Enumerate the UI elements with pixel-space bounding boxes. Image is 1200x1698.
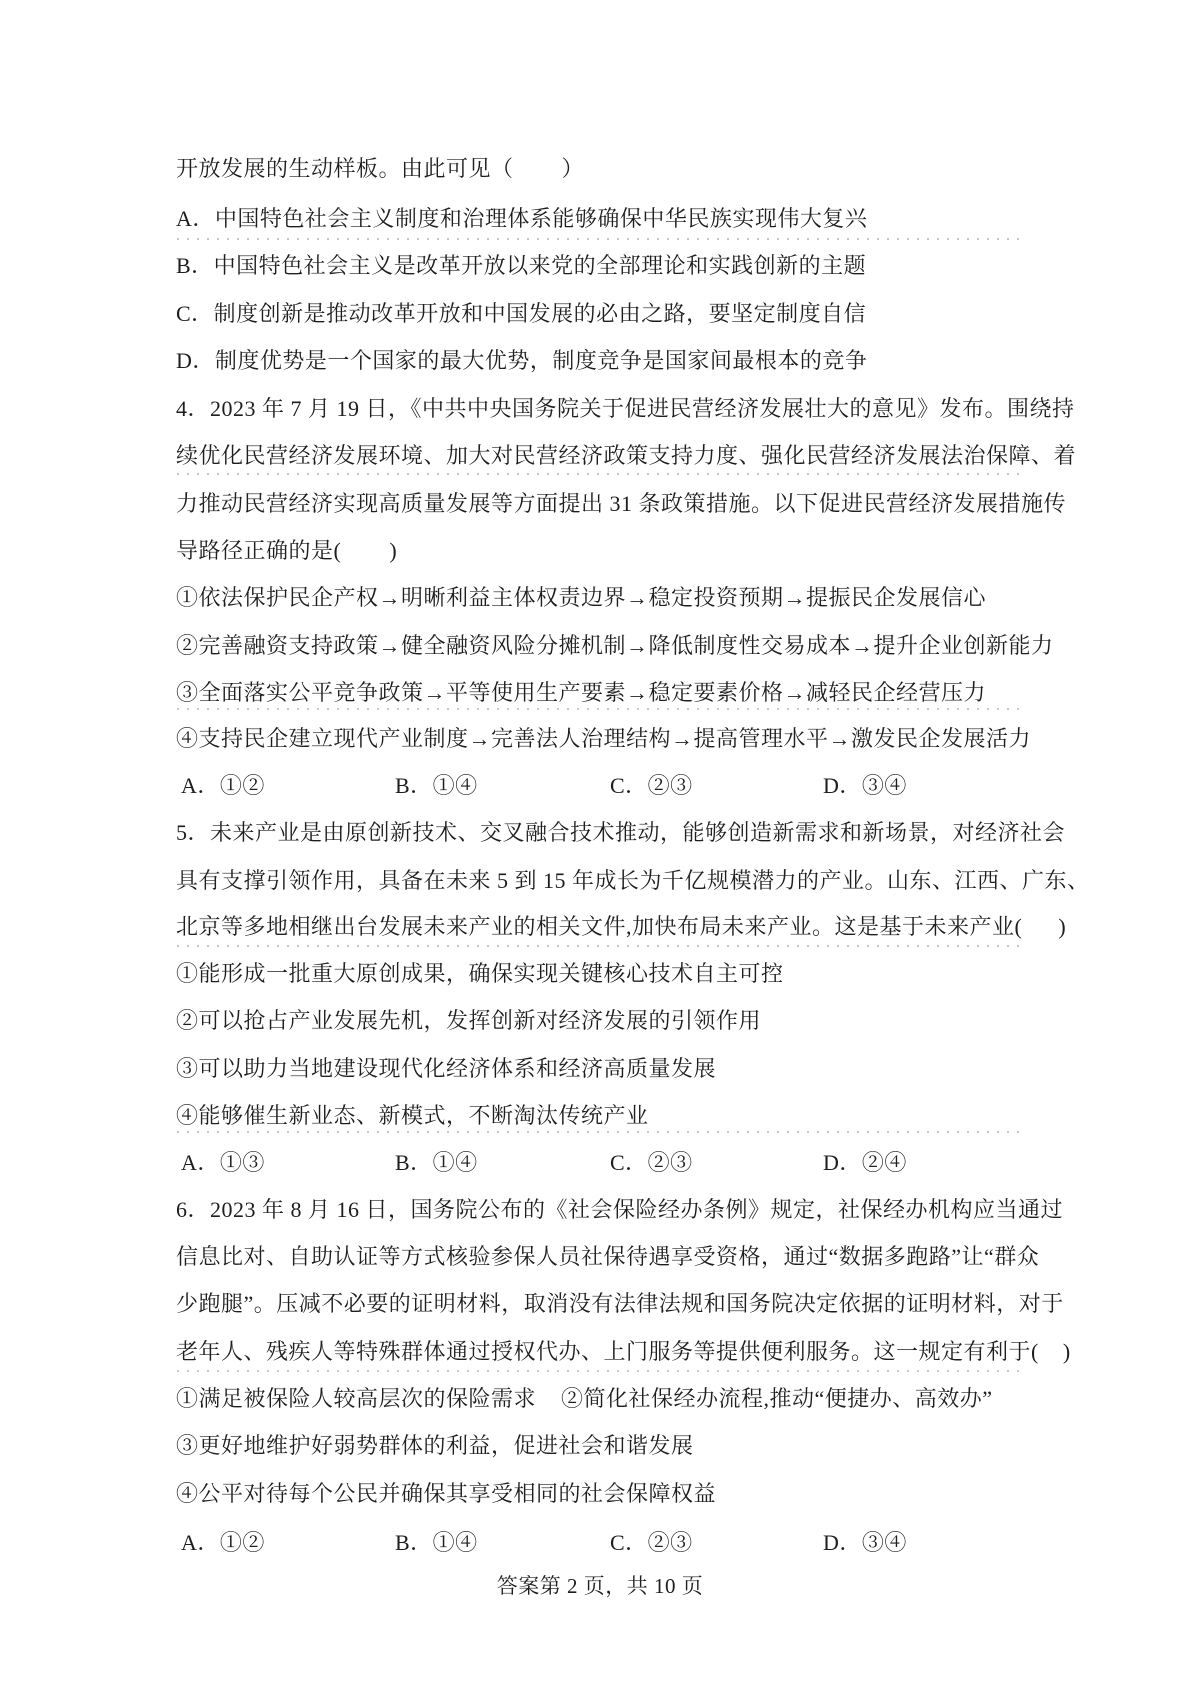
q5-choice-c: C．②③ (610, 1148, 693, 1178)
dotted-separator (177, 1370, 1020, 1372)
q3-option-c: C．制度创新是推动改革开放和中国发展的必由之路，要坚定制度自信 (176, 299, 866, 329)
q6-item-4: ④公平对待每个公民并确保其享受相同的社会保障权益 (176, 1479, 716, 1509)
q6-item-3: ③更好地维护好弱势群体的利益，促进社会和谐发展 (176, 1431, 694, 1461)
q4-item-1: ①依法保护民企产权→明晰利益主体权责边界→稳定投资预期→提振民企发展信心 (176, 583, 986, 613)
q4-stem-line-3: 力推动民营经济实现高质量发展等方面提出 31 条政策措施。以下促进民营经济发展措… (176, 489, 1066, 519)
dotted-separator (177, 1131, 1020, 1133)
q6-stem-line-2: 信息比对、自助认证等方式核验参保人员社保待遇享受资格，通过“数据多跑路”让“群众 (176, 1242, 1039, 1272)
dotted-separator (177, 708, 1020, 710)
q5-item-4: ④能够催生新业态、新模式，不断淘汰传统产业 (176, 1101, 649, 1131)
exam-answer-page: 开放发展的生动样板。由此可见（ ） A．中国特色社会主义制度和治理体系能够确保中… (0, 0, 1200, 1698)
q4-choice-c: C．②③ (610, 771, 693, 801)
q5-item-2: ②可以抢占产业发展先机，发挥创新对经济发展的引领作用 (176, 1006, 761, 1036)
page-footer: 答案第 2 页，共 10 页 (0, 1572, 1200, 1600)
dotted-separator (177, 473, 1020, 475)
q6-item-2: ②简化社保经办流程,推动“便捷办、高效办” (561, 1384, 993, 1414)
q5-stem-line-2: 具有支撑引领作用，具备在未来 5 到 15 年成长为千亿规模潜力的产业。山东、江… (176, 866, 1090, 896)
q5-choice-d: D．②④ (823, 1148, 907, 1178)
q4-choice-a: A．①② (181, 771, 265, 801)
q6-choice-c: C．②③ (610, 1528, 693, 1558)
q5-stem-line-1: 5．未来产业是由原创新技术、交叉融合技术推动，能够创造新需求和新场景，对经济社会 (176, 818, 1065, 848)
dotted-separator (177, 945, 1020, 947)
q4-choice-b: B．①④ (395, 771, 478, 801)
q6-stem-line-1: 6．2023 年 8 月 16 日，国务院公布的《社会保险经办条例》规定，社保经… (176, 1195, 1063, 1225)
q6-choice-d: D．③④ (823, 1528, 907, 1558)
q4-item-4: ④支持民企建立现代产业制度→完善法人治理结构→提高管理水平→激发民企发展活力 (176, 724, 1031, 754)
q6-stem-line-3: 少跑腿”。压减不必要的证明材料，取消没有法律法规和国务院决定依据的证明材料，对于 (176, 1289, 1064, 1319)
q4-item-3: ③全面落实公平竞争政策→平等使用生产要素→稳定要素价格→减轻民企经营压力 (176, 678, 986, 708)
q4-stem-line-4: 导路径正确的是( ) (176, 536, 397, 566)
q6-item-1: ①满足被保险人较高层次的保险需求 (176, 1384, 536, 1414)
q5-choice-a: A．①③ (181, 1148, 265, 1178)
q6-choice-b: B．①④ (395, 1528, 478, 1558)
q5-item-1: ①能形成一批重大原创成果，确保实现关键核心技术自主可控 (176, 959, 784, 989)
q5-choice-b: B．①④ (395, 1148, 478, 1178)
q6-choice-a: A．①② (181, 1528, 265, 1558)
q3-option-b: B．中国特色社会主义是改革开放以来党的全部理论和实践创新的主题 (176, 251, 866, 281)
q4-stem-line-1: 4．2023 年 7 月 19 日，《中共中央国务院关于促进民营经济发展壮大的意… (176, 394, 1075, 424)
q4-stem-line-2: 续优化民营经济发展环境、加大对民营经济政策支持力度、强化民营经济发展法治保障、着 (176, 441, 1076, 471)
q5-stem-line-3: 北京等多地相继出台发展未来产业的相关文件,加快布局未来产业。这是基于未来产业( … (176, 912, 1066, 942)
dotted-separator (177, 238, 1020, 240)
q3-stem-tail: 开放发展的生动样板。由此可见（ ） (176, 154, 584, 184)
q4-item-2: ②完善融资支持政策→健全融资风险分摊机制→降低制度性交易成本→提升企业创新能力 (176, 631, 1054, 661)
q6-stem-line-4: 老年人、残疾人等特殊群体通过授权代办、上门服务等提供便利服务。这一规定有利于( … (176, 1337, 1071, 1367)
q3-option-a: A．中国特色社会主义制度和治理体系能够确保中华民族实现伟大复兴 (176, 204, 867, 234)
q3-option-d: D．制度优势是一个国家的最大优势，制度竞争是国家间最根本的竞争 (176, 346, 867, 376)
q5-item-3: ③可以助力当地建设现代化经济体系和经济高质量发展 (176, 1054, 716, 1084)
q4-choice-d: D．③④ (823, 771, 907, 801)
